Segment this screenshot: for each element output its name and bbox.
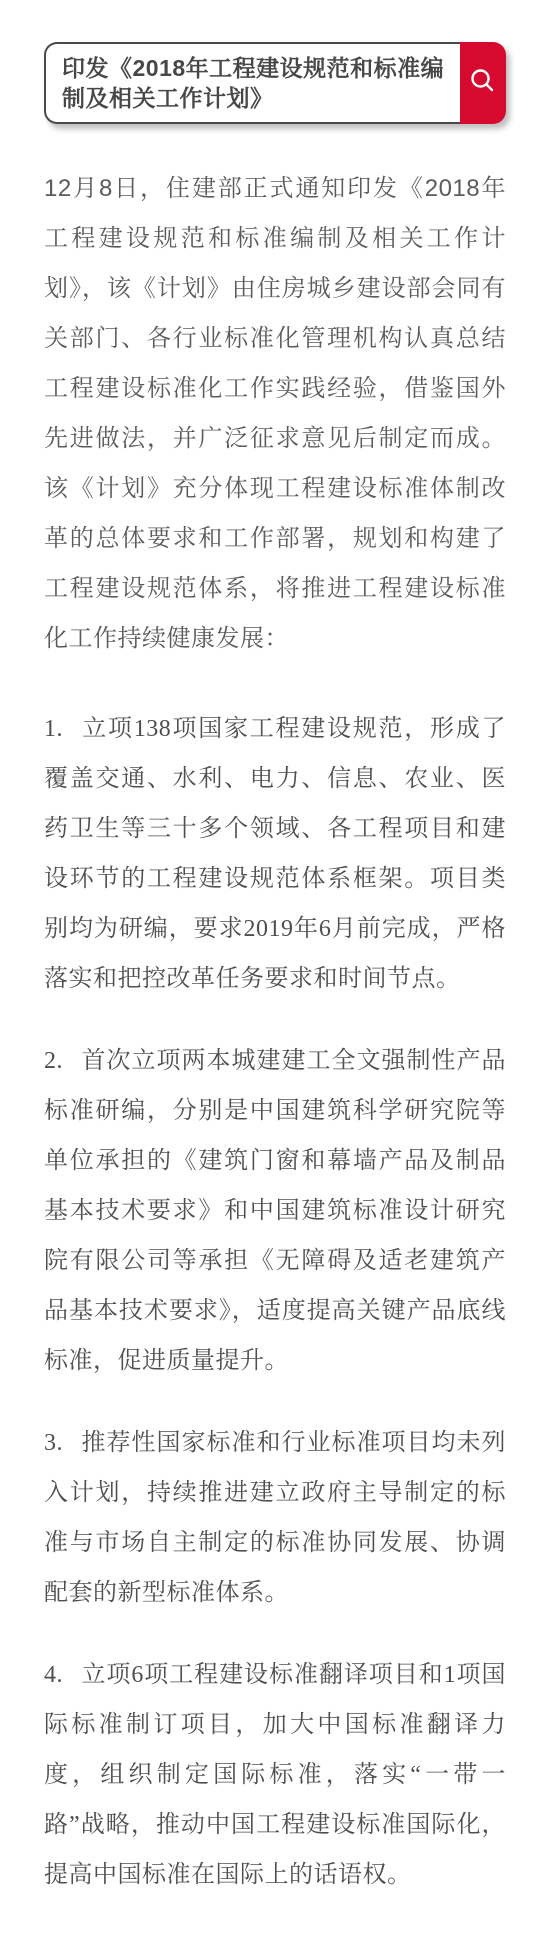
page-title: 印发《2018年工程建设规范和标准编制及相关工作计划》: [62, 53, 454, 113]
item-text: 立项6项工程建设标准翻译项目和1项国际标准制订项目，加大中国标准翻译力度，组织制…: [44, 1662, 506, 1888]
item-number: 4.: [44, 1662, 63, 1688]
item-text: 立项138项国家工程建设规范，形成了覆盖交通、水利、电力、信息、农业、医药卫生等…: [44, 716, 506, 992]
title-banner: 印发《2018年工程建设规范和标准编制及相关工作计划》: [44, 42, 506, 124]
item-number: 3.: [44, 1430, 63, 1456]
search-button[interactable]: [460, 42, 506, 124]
item-number: 2.: [44, 1048, 63, 1074]
title-text-box: 印发《2018年工程建设规范和标准编制及相关工作计划》: [44, 42, 460, 124]
list-item: 1.立项138项国家工程建设规范，形成了覆盖交通、水利、电力、信息、农业、医药卫…: [44, 704, 506, 1004]
magnifier-icon: [468, 66, 498, 101]
list-item: 3.推荐性国家标准和行业标准项目均未列入计划，持续推进建立政府主导制定的标准与市…: [44, 1418, 506, 1618]
article-page: 印发《2018年工程建设规范和标准编制及相关工作计划》 12月8日，住建部正式通…: [0, 0, 550, 1960]
list-item: 2.首次立项两本城建建工全文强制性产品标准研编，分别是中国建筑科学研究院等单位承…: [44, 1036, 506, 1386]
item-number: 1.: [44, 716, 63, 742]
item-text: 首次立项两本城建建工全文强制性产品标准研编，分别是中国建筑科学研究院等单位承担的…: [44, 1048, 506, 1374]
intro-paragraph: 12月8日，住建部正式通知印发《2018年工程建设规范和标准编制及相关工作计划》…: [44, 164, 506, 664]
item-text: 推荐性国家标准和行业标准项目均未列入计划，持续推进建立政府主导制定的标准与市场自…: [44, 1430, 506, 1606]
list-item: 4.立项6项工程建设标准翻译项目和1项国际标准制订项目，加大中国标准翻译力度，组…: [44, 1650, 506, 1900]
